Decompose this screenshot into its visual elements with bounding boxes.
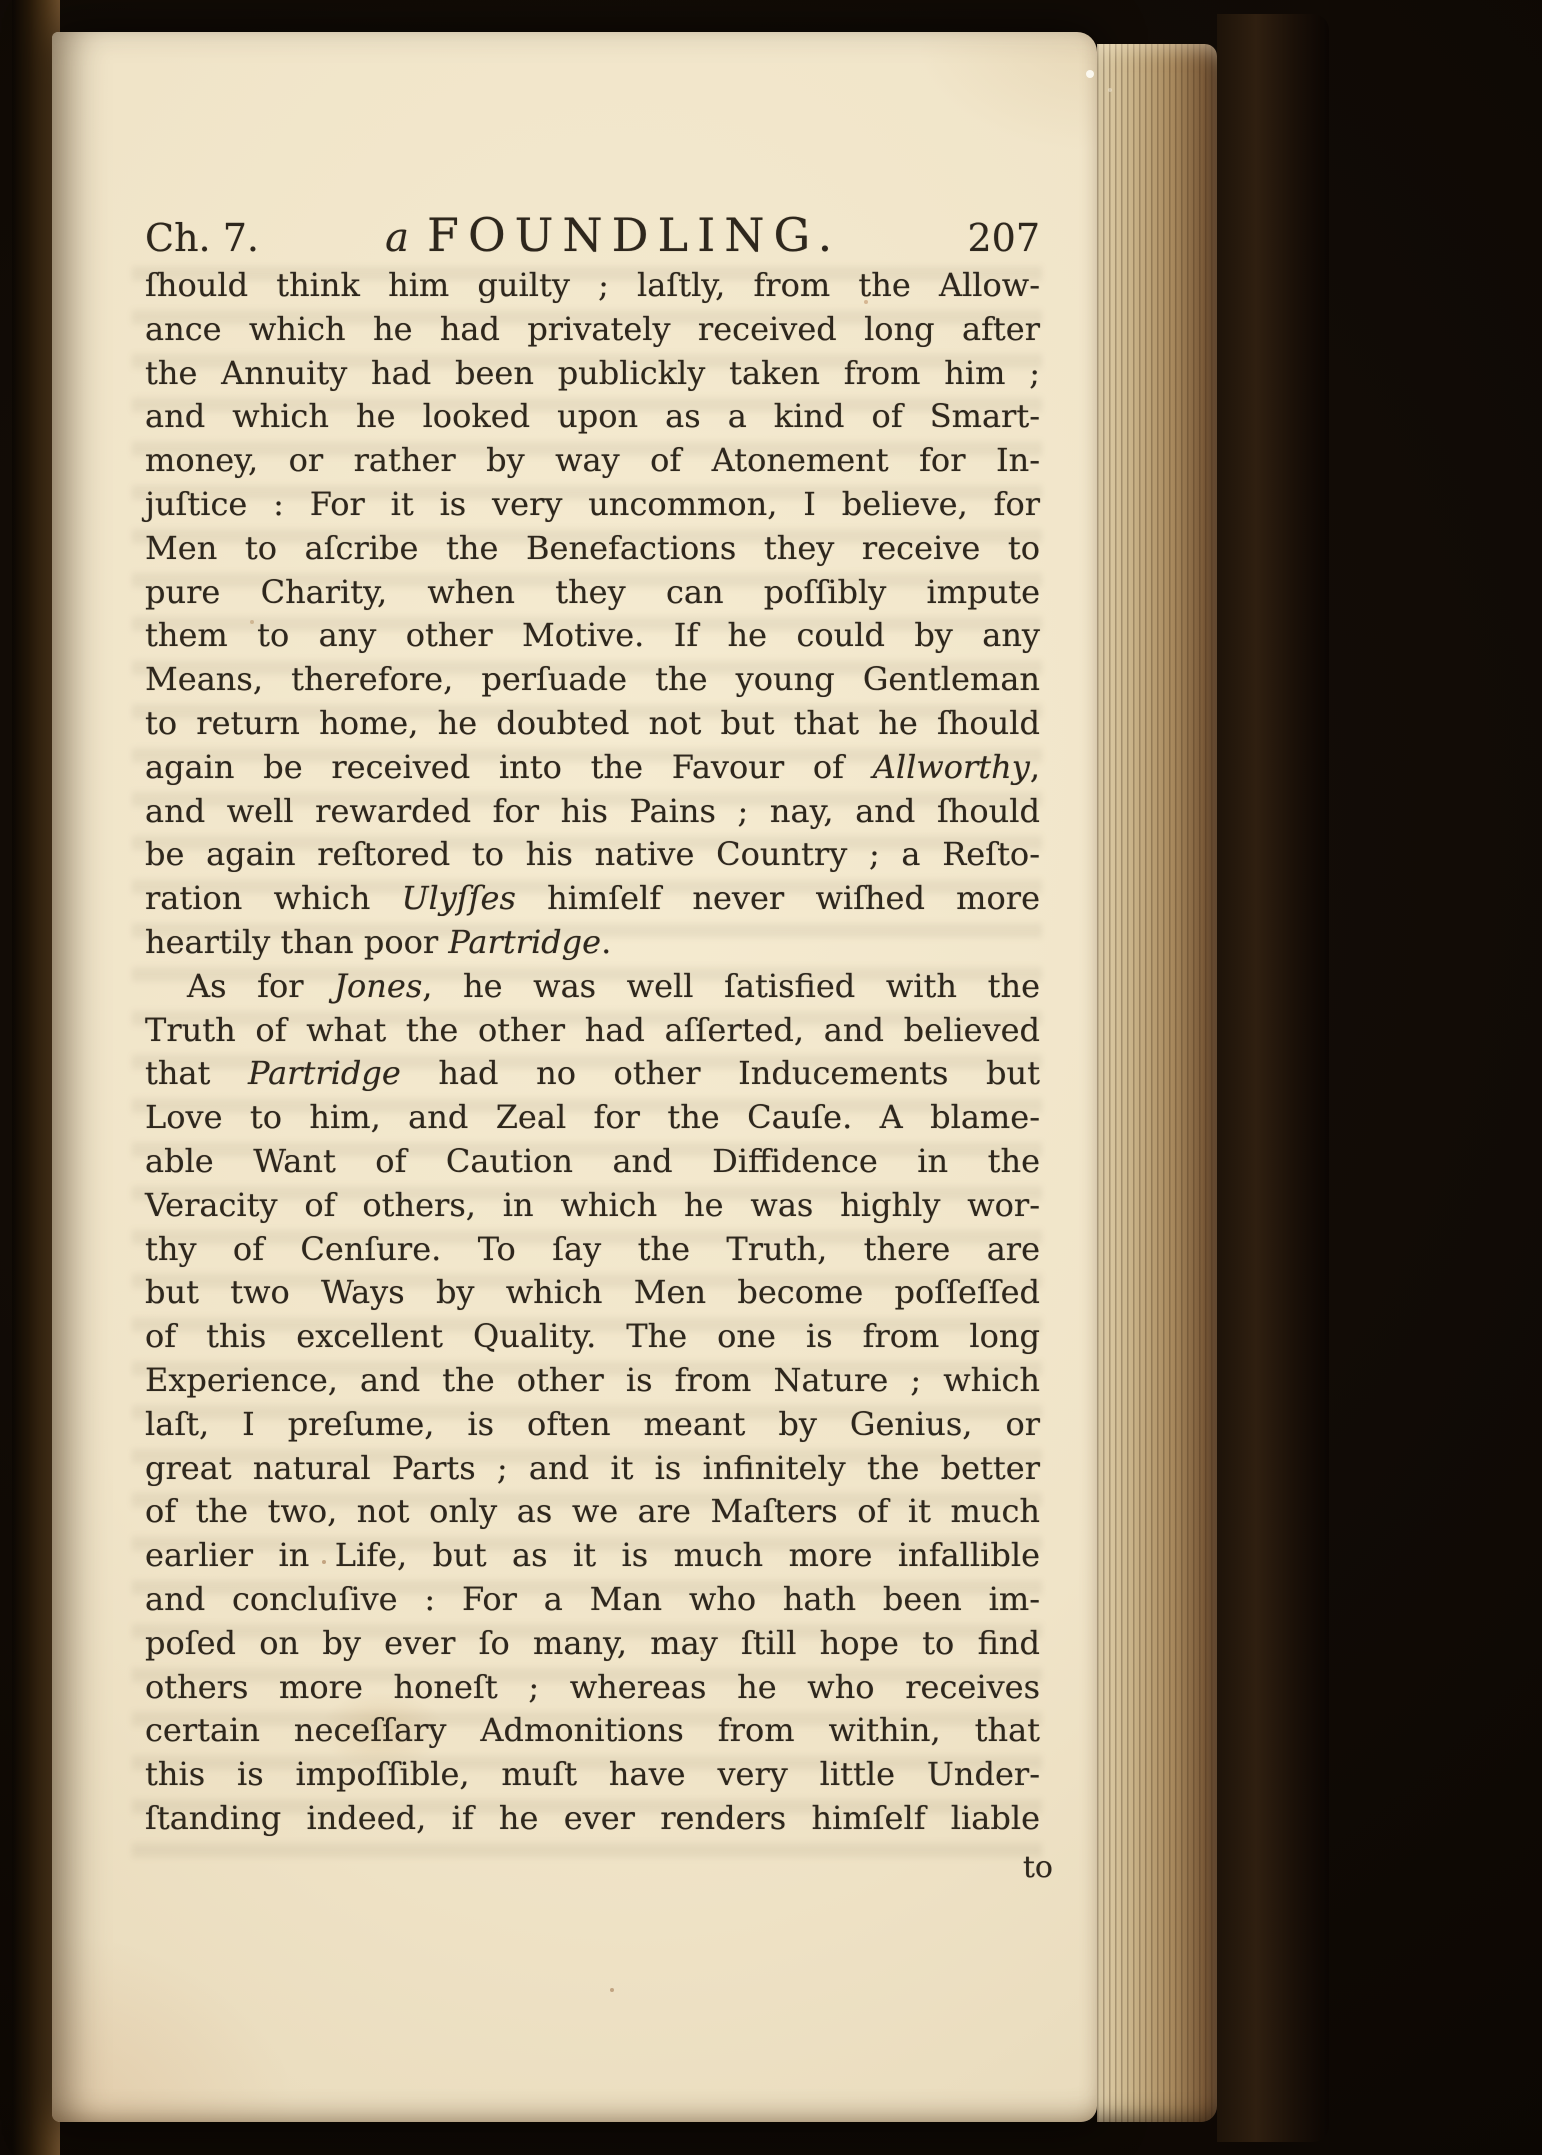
text-line: juſtice : For it is very uncommon, I bel… xyxy=(145,483,1040,527)
text-line: Truth of what the other had aſſerted, an… xyxy=(145,1009,1040,1053)
text-line: money, or rather by way of Atonement for… xyxy=(145,439,1040,483)
catchword-row: to xyxy=(145,1850,1053,1885)
text-line: but two Ways by which Men become poſſeſſ… xyxy=(145,1271,1040,1315)
text-line: able Want of Caution and Diffidence in t… xyxy=(145,1140,1040,1184)
catchword: to xyxy=(1023,1850,1053,1885)
text-line: Men to aſcribe the Benefactions they rec… xyxy=(145,527,1040,571)
text-line: that Partridge had no other Inducements … xyxy=(145,1052,1040,1096)
text-line: others more honeſt ; whereas he who rece… xyxy=(145,1666,1040,1710)
text-line: earlier in Life, but as it is much more … xyxy=(145,1534,1040,1578)
italic-name: Allworthy xyxy=(873,748,1030,786)
text-line: be again reſtored to his native Country … xyxy=(145,833,1040,877)
italic-name: Jones xyxy=(334,967,422,1005)
italic-name: Partridge xyxy=(248,1054,401,1092)
book-photo: Ch. 7. aFOUNDLING. 207 ſhould think him … xyxy=(0,0,1542,2155)
text-line: the Annuity had been publickly taken fro… xyxy=(145,352,1040,396)
page-header: Ch. 7. aFOUNDLING. 207 xyxy=(145,208,1040,262)
text-line: them to any other Motive. If he could by… xyxy=(145,614,1040,658)
text-line: Veracity of others, in which he was high… xyxy=(145,1184,1040,1228)
text-line: great natural Parts ; and it is infinite… xyxy=(145,1447,1040,1491)
text-line: thy of Cenſure. To ſay the Truth, there … xyxy=(145,1228,1040,1272)
text-line: Love to him, and Zeal for the Cauſe. A b… xyxy=(145,1096,1040,1140)
text-line: to return home, he doubted not but that … xyxy=(145,702,1040,746)
text-line: this is impoſſible, muſt have very littl… xyxy=(145,1753,1040,1797)
text-line: ration which Ulyſſes himſelf never wiſhe… xyxy=(145,877,1040,921)
chapter-label: Ch. 7. xyxy=(145,216,259,260)
text-line: heartily than poor Partridge. xyxy=(145,921,1040,965)
text-line: of this excellent Quality. The one is fr… xyxy=(145,1315,1040,1359)
text-line: of the two, not only as we are Maſters o… xyxy=(145,1490,1040,1534)
text-line: pure Charity, when they can poſſibly imp… xyxy=(145,571,1040,615)
running-title: aFOUNDLING. xyxy=(385,208,841,262)
page-stack-fore-edge xyxy=(1097,44,1217,2122)
book-page: Ch. 7. aFOUNDLING. 207 ſhould think him … xyxy=(52,32,1097,2122)
text-line: and which he looked upon as a kind of Sm… xyxy=(145,395,1040,439)
text-line: Means, therefore, perſuade the young Gen… xyxy=(145,658,1040,702)
page-text: ſhould think him guilty ; laſtly, from t… xyxy=(145,264,1040,1841)
text-line: ſtanding indeed, if he ever renders himſ… xyxy=(145,1797,1040,1841)
text-line: certain neceſſary Admonitions from withi… xyxy=(145,1709,1040,1753)
text-line: Experience, and the other is from Nature… xyxy=(145,1359,1040,1403)
text-line: ance which he had privately received lon… xyxy=(145,308,1040,352)
running-title-caps: FOUNDLING. xyxy=(427,208,841,262)
text-line: ſhould think him guilty ; laſtly, from t… xyxy=(145,264,1040,308)
page-number: 207 xyxy=(967,216,1040,260)
book-cover-edge xyxy=(1217,14,1329,2142)
text-line: again be received into the Favour of All… xyxy=(145,746,1040,790)
italic-name: Ulyſſes xyxy=(402,879,516,917)
paper-specks xyxy=(0,0,4,4)
text-line: poſed on by ever ſo many, may ſtill hope… xyxy=(145,1622,1040,1666)
text-line: and concluſive : For a Man who hath been… xyxy=(145,1578,1040,1622)
running-title-article: a xyxy=(385,215,409,261)
italic-name: Partridge xyxy=(448,923,601,961)
text-line: laſt, I preſume, is often meant by Geniu… xyxy=(145,1403,1040,1447)
text-line: As for Jones, he was well ſatisfied with… xyxy=(145,965,1040,1009)
text-line: and well rewarded for his Pains ; nay, a… xyxy=(145,790,1040,834)
